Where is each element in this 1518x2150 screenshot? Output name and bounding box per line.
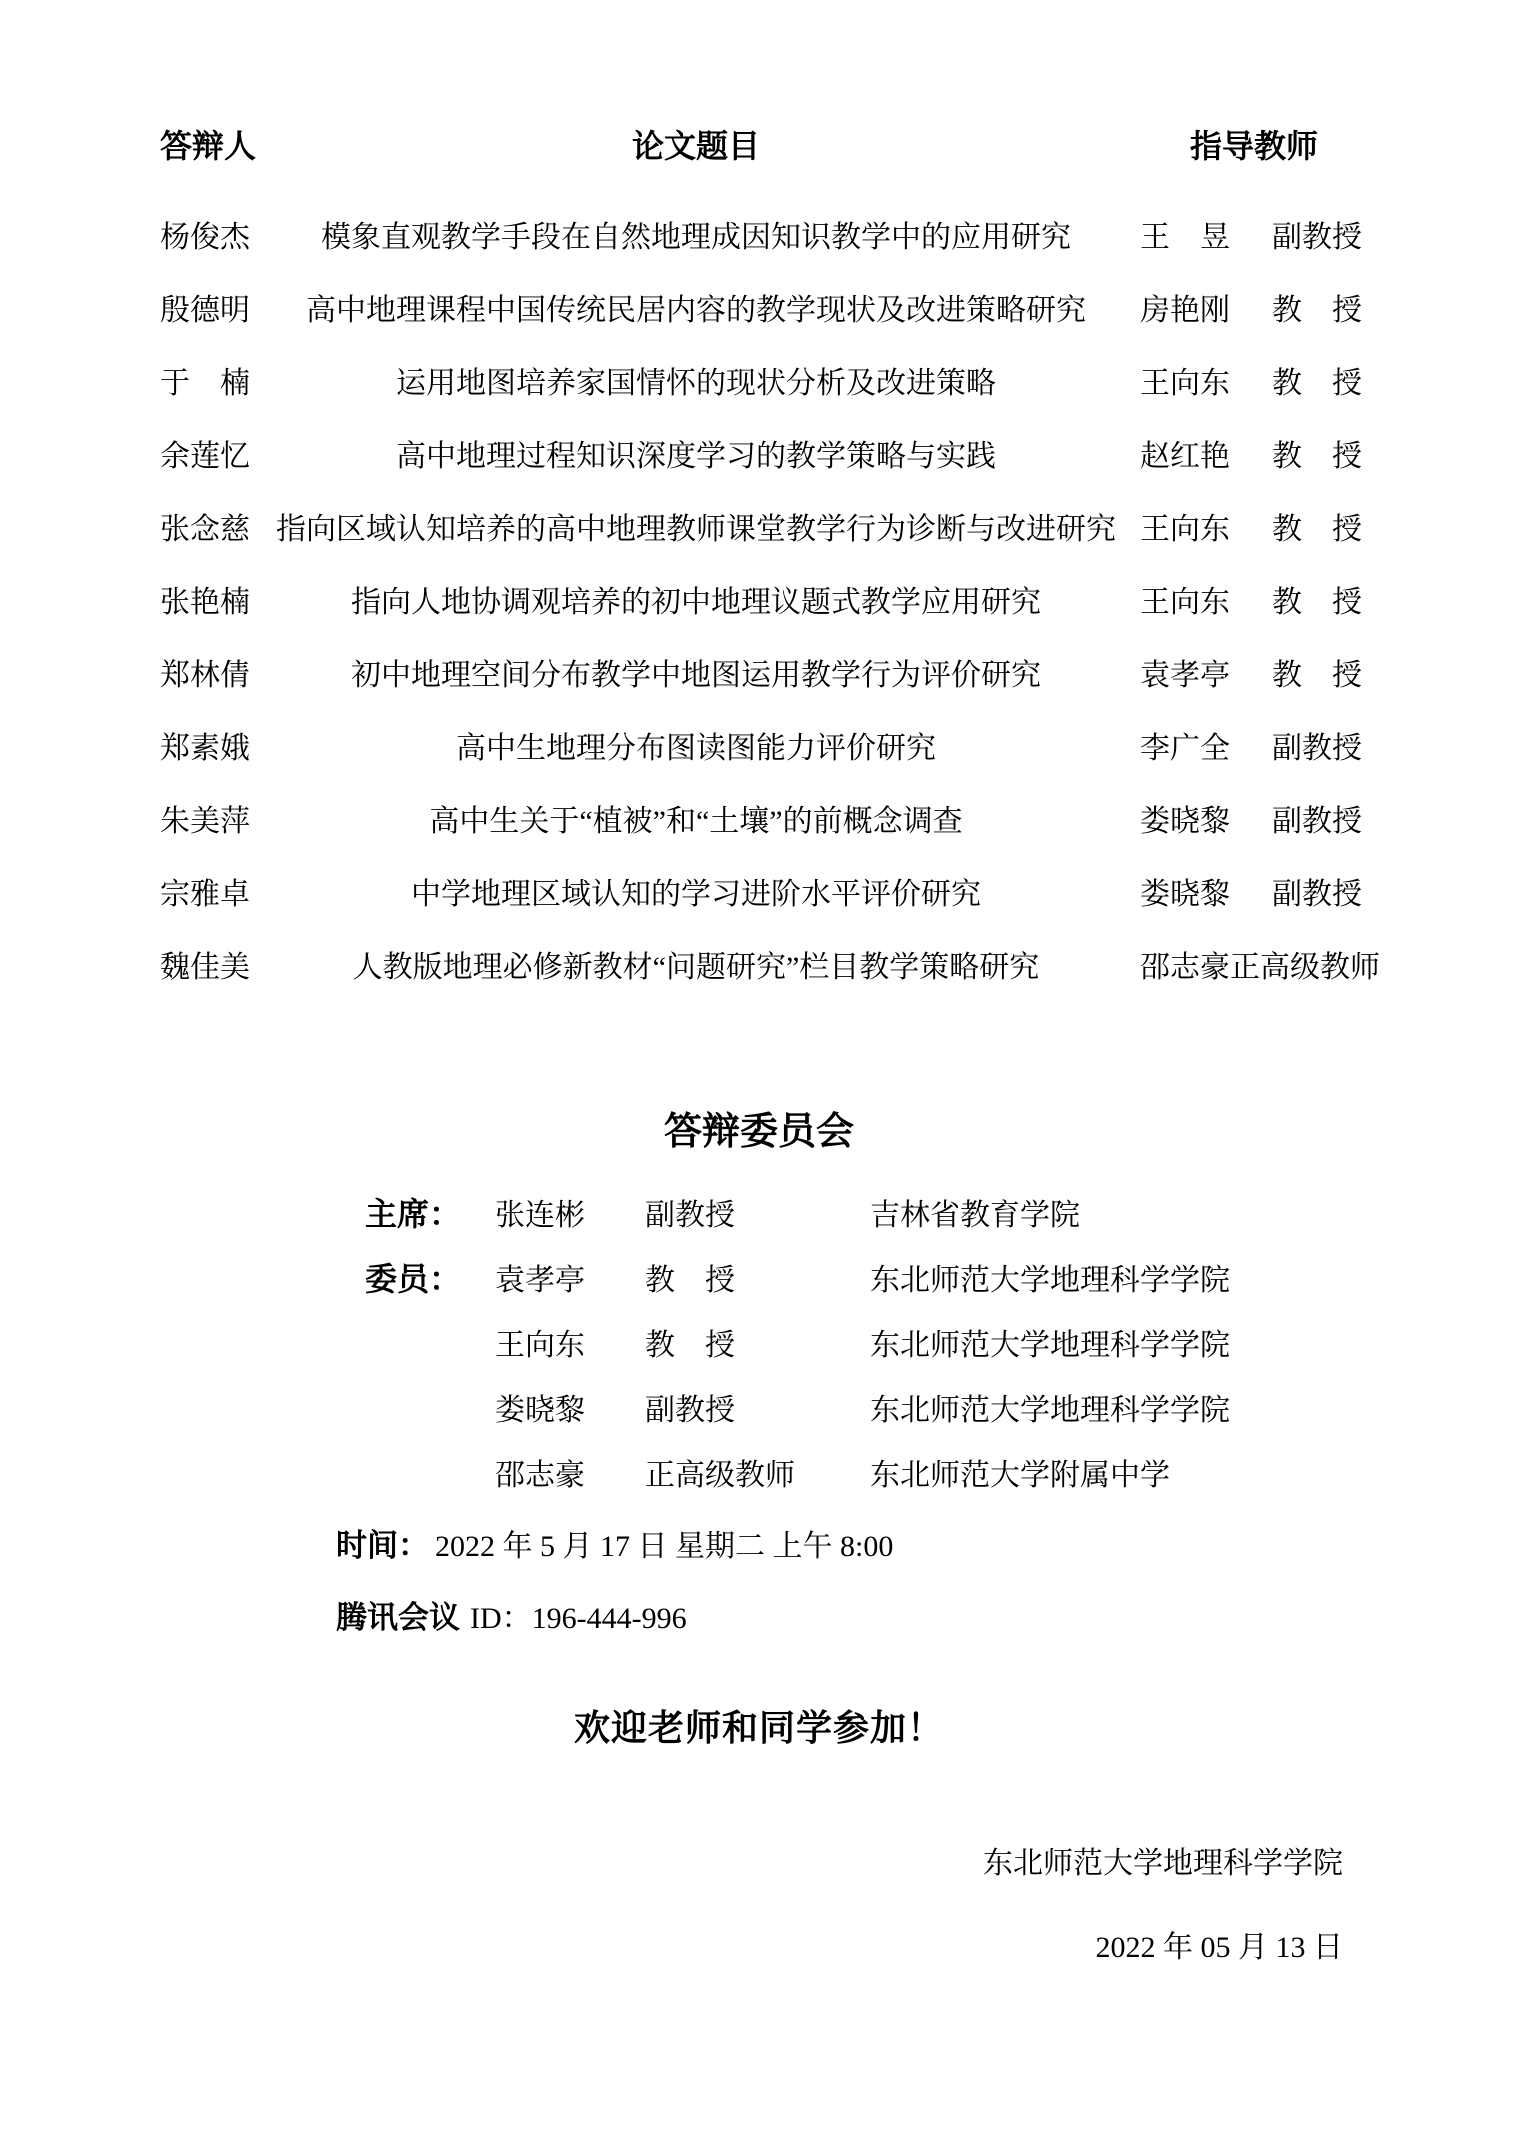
thesis-title: 中学地理区域认知的学习进阶水平评价研究 (270, 869, 1122, 913)
thesis-title: 高中地理课程中国传统民居内容的教学现状及改进策略研究 (270, 285, 1122, 329)
committee-member-name: 张连彬 (495, 1190, 645, 1234)
advisor-rank: 教 授 (1272, 504, 1368, 548)
advisor-name: 王 昱 (1140, 212, 1272, 256)
document-page: 答辩人 论文题目 指导教师 杨俊杰 模象直观教学手段在自然地理成因知识教学中的应… (0, 0, 1518, 2150)
table-row: 于 楠 运用地图培养家国情怀的现状分析及改进策略 王向东 教 授 (160, 343, 1368, 416)
table-row: 殷德明 高中地理课程中国传统民居内容的教学现状及改进策略研究 房艳刚 教 授 (160, 270, 1368, 343)
advisor-name: 王向东 (1140, 577, 1272, 621)
meeting-id-line: 腾讯会议 ID： 196-444-996 (336, 1592, 687, 1637)
meeting-id-label-latin: ID： (470, 1593, 532, 1637)
advisor-name: 袁孝亭 (1140, 650, 1272, 694)
committee-member-name: 邵志豪 (495, 1450, 645, 1494)
committee-member-name: 王向东 (495, 1320, 645, 1364)
thesis-title: 高中地理过程知识深度学习的教学策略与实践 (270, 431, 1122, 475)
advisor-name: 房艳刚 (1140, 285, 1272, 329)
committee-member-name: 娄晓黎 (495, 1385, 645, 1429)
thesis-title: 指向区域认知培养的高中地理教师课堂教学行为诊断与改进研究 (270, 504, 1122, 548)
tencent-meeting-label: 腾讯会议 (336, 1592, 460, 1637)
advisor-name: 赵红艳 (1140, 431, 1272, 475)
advisor-rank: 副教授 (1272, 723, 1368, 767)
committee-member-rank: 教 授 (645, 1255, 870, 1299)
table-row: 余莲忆 高中地理过程知识深度学习的教学策略与实践 赵红艳 教 授 (160, 416, 1368, 489)
advisor-rank: 教 授 (1272, 358, 1368, 402)
committee-section-title: 答辩委员会 (0, 1100, 1518, 1155)
committee-row: 娄晓黎 副教授 东北师范大学地理科学学院 (365, 1374, 1265, 1439)
committee-member-rank: 正高级教师 (645, 1450, 870, 1494)
table-row: 张艳楠 指向人地协调观培养的初中地理议题式教学应用研究 王向东 教 授 (160, 562, 1368, 635)
thesis-title: 指向人地协调观培养的初中地理议题式教学应用研究 (270, 577, 1122, 621)
advisor-name: 王向东 (1140, 358, 1272, 402)
committee-member-affiliation: 吉林省教育学院 (870, 1190, 1265, 1234)
advisor-rank: 教 授 (1272, 285, 1368, 329)
committee-member-rank: 教 授 (645, 1320, 870, 1364)
committee-row: 委员： 袁孝亭 教 授 东北师范大学地理科学学院 (365, 1244, 1265, 1309)
advisor-rank: 副教授 (1272, 869, 1368, 913)
committee-member-affiliation: 东北师范大学地理科学学院 (870, 1320, 1265, 1364)
meeting-id-value: 196-444-996 (532, 1602, 687, 1636)
thesis-title: 运用地图培养家国情怀的现状分析及改进策略 (270, 358, 1122, 402)
thesis-title: 高中生地理分布图读图能力评价研究 (270, 723, 1122, 767)
advisor-name: 王向东 (1140, 504, 1272, 548)
defender-name: 张艳楠 (160, 577, 270, 621)
committee-member-affiliation: 东北师范大学地理科学学院 (870, 1255, 1265, 1299)
thesis-title: 模象直观教学手段在自然地理成因知识教学中的应用研究 (270, 212, 1122, 256)
table-row: 郑林倩 初中地理空间分布教学中地图运用教学行为评价研究 袁孝亭 教 授 (160, 635, 1368, 708)
committee-role-label: 委员： (365, 1254, 495, 1300)
committee-member-rank: 副教授 (645, 1190, 870, 1234)
committee-member-rank: 副教授 (645, 1385, 870, 1429)
committee-member-name: 袁孝亭 (495, 1255, 645, 1299)
defender-name: 朱美萍 (160, 796, 270, 840)
welcome-message: 欢迎老师和同学参加！ (0, 1700, 1518, 1751)
table-row: 张念慈 指向区域认知培养的高中地理教师课堂教学行为诊断与改进研究 王向东 教 授 (160, 489, 1368, 562)
time-label: 时间： (336, 1520, 429, 1565)
advisor-rank: 教 授 (1272, 650, 1368, 694)
committee-row: 邵志豪 正高级教师 东北师范大学附属中学 (365, 1439, 1265, 1504)
committee-table: 主席： 张连彬 副教授 吉林省教育学院 委员： 袁孝亭 教 授 东北师范大学地理… (365, 1179, 1265, 1504)
column-header-advisor: 指导教师 (1140, 121, 1368, 167)
table-row: 杨俊杰 模象直观教学手段在自然地理成因知识教学中的应用研究 王 昱 副教授 (160, 197, 1368, 270)
advisor-rank: 副教授 (1272, 796, 1368, 840)
advisor-name: 娄晓黎 (1140, 869, 1272, 913)
advisor-rank: 副教授 (1272, 212, 1368, 256)
table-row: 朱美萍 高中生关于“植被”和“土壤”的前概念调查 娄晓黎 副教授 (160, 781, 1368, 854)
defender-name: 于 楠 (160, 358, 270, 402)
signoff-date: 2022 年 05 月 13 日 (1096, 1922, 1344, 1966)
advisor-name-and-rank: 邵志豪正高级教师 (1140, 942, 1368, 986)
committee-row: 王向东 教 授 东北师范大学地理科学学院 (365, 1309, 1265, 1374)
committee-row: 主席： 张连彬 副教授 吉林省教育学院 (365, 1179, 1265, 1244)
advisor-rank: 教 授 (1272, 577, 1368, 621)
defender-name: 殷德明 (160, 285, 270, 329)
advisor-name: 李广全 (1140, 723, 1272, 767)
defender-name: 张念慈 (160, 504, 270, 548)
committee-role-label: 主席： (365, 1189, 495, 1235)
defender-name: 杨俊杰 (160, 212, 270, 256)
defender-name: 郑林倩 (160, 650, 270, 694)
table-header: 答辩人 论文题目 指导教师 (160, 121, 1368, 167)
defense-table: 杨俊杰 模象直观教学手段在自然地理成因知识教学中的应用研究 王 昱 副教授 殷德… (160, 197, 1368, 1000)
committee-member-affiliation: 东北师范大学附属中学 (870, 1450, 1265, 1494)
table-row: 宗雅卓 中学地理区域认知的学习进阶水平评价研究 娄晓黎 副教授 (160, 854, 1368, 927)
advisor-name: 娄晓黎 (1140, 796, 1272, 840)
committee-member-affiliation: 东北师范大学地理科学学院 (870, 1385, 1265, 1429)
thesis-title: 初中地理空间分布教学中地图运用教学行为评价研究 (270, 650, 1122, 694)
advisor-rank: 教 授 (1272, 431, 1368, 475)
table-row: 魏佳美 人教版地理必修新教材“问题研究”栏目教学策略研究 邵志豪正高级教师 (160, 927, 1368, 1000)
defender-name: 余莲忆 (160, 431, 270, 475)
defender-name: 宗雅卓 (160, 869, 270, 913)
table-row: 郑素娥 高中生地理分布图读图能力评价研究 李广全 副教授 (160, 708, 1368, 781)
defender-name: 郑素娥 (160, 723, 270, 767)
signoff-organization: 东北师范大学地理科学学院 (983, 1838, 1343, 1882)
column-header-defender: 答辩人 (160, 121, 270, 167)
column-header-thesis-title: 论文题目 (270, 121, 1122, 167)
time-value: 2022 年 5 月 17 日 星期二 上午 8:00 (435, 1521, 893, 1565)
thesis-title: 高中生关于“植被”和“土壤”的前概念调查 (270, 796, 1122, 840)
defender-name: 魏佳美 (160, 942, 270, 986)
thesis-title: 人教版地理必修新教材“问题研究”栏目教学策略研究 (270, 942, 1122, 986)
meeting-time-line: 时间： 2022 年 5 月 17 日 星期二 上午 8:00 (336, 1520, 893, 1565)
